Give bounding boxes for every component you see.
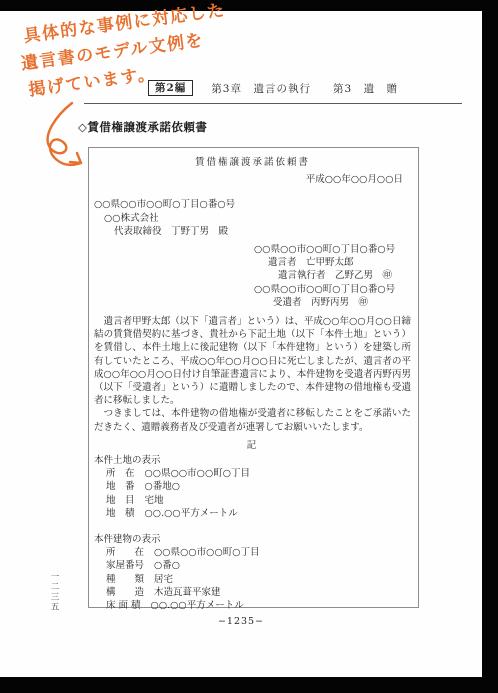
building-row-label: 構 造 [106,586,144,599]
building-row-value: 居宅 [154,573,173,586]
sender-block: ○○県○○市○○町○丁目○番○号 遺言者 亡甲野太郎 遺言執行者 乙野乙男 ㊞ … [254,243,411,309]
recipient-block: ○○県○○市○○町○丁目○番○号 ○○株式会社 代表取締役 丁野丁男 殿 [94,198,411,238]
building-row: 家屋番号 ○番○ [106,559,411,572]
building-row-value: ○○.○○平方メートル [151,599,244,612]
notice-marker: 記 [94,439,411,452]
land-row-label: 地 積 [106,507,135,520]
building-row: 構 造 木造瓦葺平家建 [106,586,411,599]
document-date: 平成○○年○○月○○日 [94,173,411,186]
building-row-label: 家屋番号 [106,559,144,572]
building-row: 所 在 ○○県○○市○○町○丁目 [106,546,411,559]
sender-address-2: ○○県○○市○○町○丁目○番○号 [254,283,411,296]
land-row: 所 在 ○○県○○市○○町○丁目 [106,467,411,480]
land-row: 地 積 ○○.○○平方メートル [106,507,411,520]
building-row-value: ○○県○○市○○町○丁目 [154,546,260,559]
sender-address-1: ○○県○○市○○町○丁目○番○号 [254,243,411,256]
scan-edge-top [0,0,498,11]
executor-line: 遺言執行者 乙野乙男 ㊞ [278,269,411,282]
building-description-section: 本件建物の表示 所 在 ○○県○○市○○町○丁目 家屋番号 ○番○ 種 類 居宅… [94,533,411,612]
building-section-heading: 本件建物の表示 [94,533,411,546]
building-row: 種 類 居宅 [106,573,411,586]
building-row-label: 種 類 [106,573,144,586]
curved-arrow-icon [36,100,90,174]
document-title: 賃借権譲渡承諾依頼書 [94,156,411,169]
footer-page-number: −1235− [0,616,482,627]
building-row-value: ○番○ [154,559,180,572]
body-paragraph-2: つきましては、本件建物の借地権が受遺者に移転したことをご承諾いただきたく、遺贈義… [94,407,411,433]
body-paragraph-1: 遺言者甲野太郎（以下「遺言者」という）は、平成○○年○○月○○日締結の賃貸借契約… [94,315,411,407]
side-page-number: 一二三五 [48,572,60,612]
land-section-heading: 本件土地の表示 [94,454,411,467]
recipient-representative: 代表取締役 丁野丁男 殿 [114,225,411,238]
header-divider [84,103,462,104]
land-row: 地 目 宅地 [106,494,411,507]
running-header: 第2編 第3章 遺言の執行 第3 遺 贈 [148,80,398,96]
recipient-company: ○○株式会社 [104,212,411,225]
document-heading: ◇賃借権譲渡承諾依頼書 [78,119,207,135]
land-row-value: ○○県○○市○○町○丁目 [145,467,251,480]
section-title: 第3 遺 贈 [333,81,398,96]
land-row-label: 地 番 [106,480,135,493]
land-row-label: 所 在 [106,467,135,480]
land-row: 地 番 ○番地○ [106,480,411,493]
chapter-title: 第3章 遺言の執行 [211,81,311,96]
scan-edge-right [482,0,498,693]
scan-edge-bottom [0,677,498,693]
building-row: 床 面 積 ○○.○○平方メートル [106,599,411,612]
building-row-label: 所 在 [106,546,144,559]
scanned-book-page: 具体的な事例に対応した 遺言書のモデル文例を 掲げています。 第2編 第3章 遺… [0,0,498,693]
land-row-value: 宅地 [145,494,164,507]
land-description-section: 本件土地の表示 所 在 ○○県○○市○○町○丁目 地 番 ○番地○ 地 目 宅地… [94,454,411,520]
land-row-label: 地 目 [106,494,135,507]
building-row-value: 木造瓦葺平家建 [154,586,221,599]
testator-line: 遺言者 亡甲野太郎 [268,256,411,269]
recipient-address: ○○県○○市○○町○丁目○番○号 [94,198,411,211]
land-row-value: ○番地○ [145,480,181,493]
legatee-line: 受遺者 丙野丙男 ㊞ [273,296,411,309]
land-row-value: ○○.○○平方メートル [145,507,238,520]
model-document-box: 賃借権譲渡承諾依頼書 平成○○年○○月○○日 ○○県○○市○○町○丁目○番○号 … [88,147,419,608]
building-row-label: 床 面 積 [106,599,141,612]
edition-badge: 第2編 [148,80,193,96]
